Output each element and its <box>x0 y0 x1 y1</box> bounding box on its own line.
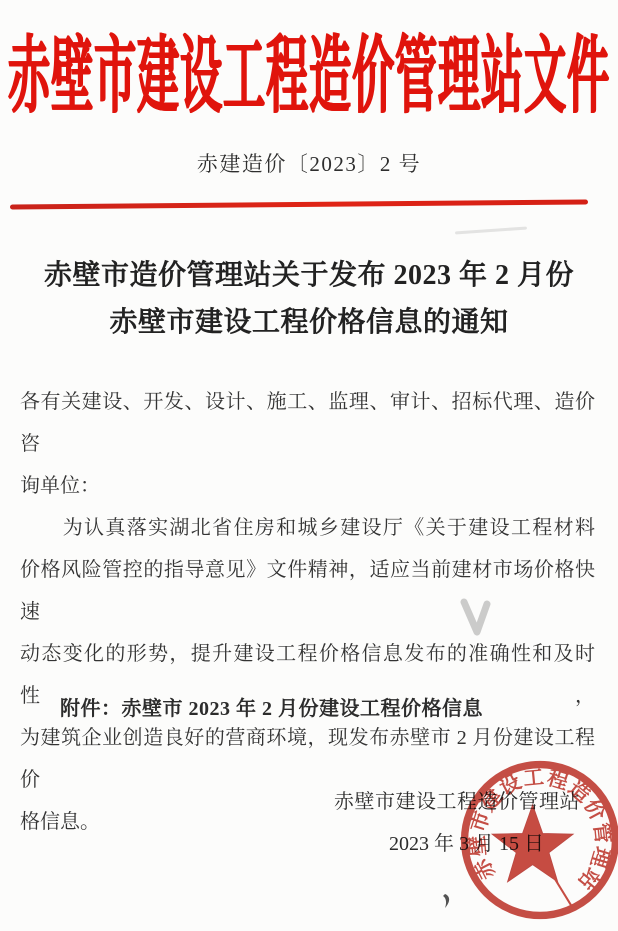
official-seal: 赤壁市建设工程造价管理站 <box>458 758 618 922</box>
red-divider-line <box>10 199 588 209</box>
scan-comma-mark <box>442 893 452 909</box>
body-text-line: 各有关建设、开发、设计、施工、监理、审计、招标代理、造价咨 <box>20 381 595 465</box>
body-text-line: 价格风险管控的指导意见》文件精神，适应当前建材市场价格快速 <box>20 549 595 633</box>
notice-title-line1: 赤壁市造价管理站关于发布 2023 年 2 月份 <box>0 252 618 299</box>
masthead-title: 赤壁市建设工程造价管理站文件 <box>0 10 618 131</box>
doc-number: 赤建造价〔2023〕2 号 <box>0 148 618 178</box>
notice-title-line2: 赤壁市建设工程价格信息的通知 <box>0 299 618 346</box>
notice-title: 赤壁市造价管理站关于发布 2023 年 2 月份 赤壁市建设工程价格信息的通知 <box>0 252 618 346</box>
seal-star-tail-mark <box>544 861 573 908</box>
document-page: 赤壁市建设工程造价管理站文件 赤建造价〔2023〕2 号 赤壁市造价管理站关于发… <box>0 0 618 931</box>
attachment-line: 附件：赤壁市 2023 年 2 月份建设工程价格信息 <box>60 692 483 721</box>
scan-dash-mark <box>455 226 527 234</box>
five-pointed-star-icon <box>492 805 573 882</box>
body-text-line: 为认真落实湖北省住房和城乡建设厅《关于建设工程材料 <box>20 507 595 549</box>
body-text-line: 询单位： <box>20 465 595 507</box>
